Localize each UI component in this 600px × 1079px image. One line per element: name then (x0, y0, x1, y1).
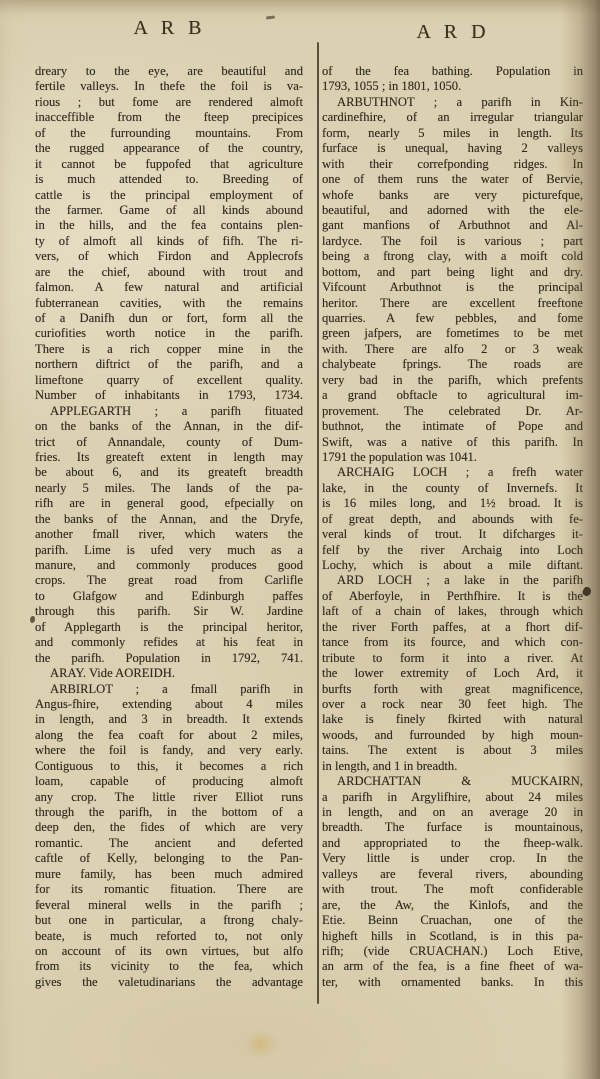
text-line: Number of inhabitants in 1793, 1734. (35, 388, 303, 403)
text-line: of the furrounding mountains. From (35, 126, 303, 141)
text-line: and appropriated to the fheep-walk. (322, 836, 583, 851)
column-divider-rule (317, 42, 319, 1004)
text-line: burfts forth with great magnificence, (322, 682, 583, 697)
paper-stain (244, 1030, 278, 1058)
text-line: with trout. The moft confiderable (322, 882, 583, 897)
text-line: trict of Annandale, county of Dum- (35, 435, 303, 450)
text-line: but one in particular, a ftrong chaly- (35, 913, 303, 928)
text-line: through this parifh. Sir W. Jardine (35, 604, 303, 619)
text-line: mure family, has been much admired (35, 867, 303, 882)
text-line: lake is finely fkirted with natural (322, 712, 583, 727)
text-line: another fmall river, which waters the (35, 527, 303, 542)
text-line: the river Forth paffes, at a fhort dif- (322, 620, 583, 635)
text-line: of the fea bathing. Population in (322, 64, 583, 79)
text-line: and commonly refides at his feat in (35, 635, 303, 650)
left-text-column: dreary to the eye, are beautiful andfert… (35, 64, 303, 990)
text-line: tains. The extent is about 3 miles (322, 743, 583, 758)
text-line: ARAY. Vide AOREIDH. (35, 666, 303, 681)
text-line: provement. The celebrated Dr. Ar- (322, 404, 583, 419)
text-line: are, the Aw, the Kinlofs, and the (322, 898, 583, 913)
text-line: any crop. The little river Elliot runs (35, 790, 303, 805)
text-line: green jafpers, are fometimes to be met (322, 326, 583, 341)
text-line: ARBIRLOT ; a fmall parifh in (35, 682, 303, 697)
text-line: limeftone quarry of excellent quality. (35, 373, 303, 388)
text-line: rifh; (vide CRUACHAN.) Loch Etive, (322, 944, 583, 959)
text-line: form, nearly 5 miles in length. Its (322, 126, 583, 141)
text-line: of a Danifh dun or fort, form all the (35, 311, 303, 326)
text-line: manure, and commonly produces good (35, 558, 303, 573)
text-line: tance from its fource, and which con- (322, 635, 583, 650)
text-line: buthnot, the intimate of Pope and (322, 419, 583, 434)
text-line: being a ftrong clay, with a moift cold (322, 249, 583, 264)
text-line: loam, capable of producing almoft (35, 774, 303, 789)
text-line: to Glafgow and Edinburgh paffes (35, 589, 303, 604)
text-line: falmon. A few natural and artificial (35, 280, 303, 295)
text-line: tribute to form it into a river. At (322, 651, 583, 666)
text-line: heritor. There are excellent freeftone (322, 296, 583, 311)
text-line: in length, and 3 in breadth. It extends (35, 712, 303, 727)
text-line: chalybeate fprings. The roads are (322, 357, 583, 372)
text-line: of Aberfoyle, in Perthfhire. It is the (322, 589, 583, 604)
text-line: laft of a chain of lakes, through which (322, 604, 583, 619)
text-line: APPLEGARTH ; a parifh fituated (35, 404, 303, 419)
text-line: ARD LOCH ; a lake in the parifh (322, 573, 583, 588)
text-line: feveral mineral wells in the parifh ; (35, 898, 303, 913)
text-line: are the chief, abound with trout and (35, 265, 303, 280)
text-line: very bad in the parifh, which prefents (322, 373, 583, 388)
text-line: the lower extremity of Loch Ard, it (322, 666, 583, 681)
text-line: on account of its own virtues, but alfo (35, 944, 303, 959)
text-line: Contiguous to this, it becomes a rich (35, 759, 303, 774)
text-line: 1793, 1055 ; in 1801, 1050. (322, 79, 583, 94)
text-line: is much attended to. Breeding of (35, 172, 303, 187)
text-line: the banks of the Annan, and the Dryfe, (35, 512, 303, 527)
running-head-left: A R B (35, 17, 303, 40)
text-line: rious ; but fome are rendered almoft (35, 95, 303, 110)
text-line: crops. The great road from Carlifle (35, 573, 303, 588)
text-line: quarries. A few pebbles, and fome (322, 311, 583, 326)
text-line: gives the valetudinarians the advantage (35, 975, 303, 990)
text-line: it cannot be fuppofed that agriculture (35, 157, 303, 172)
text-line: be about 6, and its greateft breadth (35, 465, 303, 480)
text-line: Swift, was a native of this parifh. In (322, 435, 583, 450)
running-head-right: A R D (322, 21, 583, 44)
text-line: where the foil is fandy, and very early. (35, 743, 303, 758)
text-line: cardinefhire, of an irregular triangular (322, 110, 583, 125)
text-line: deep den, the fides of which are very (35, 820, 303, 835)
text-line: There is a rich copper mine in the (35, 342, 303, 357)
text-line: lardyce. The foil is various ; part (322, 234, 583, 249)
text-line: Very little is under crop. In the (322, 851, 583, 866)
text-line: bottom, and part being light and dry. (322, 265, 583, 280)
text-line: of great depth, and abounds with fe- (322, 512, 583, 527)
text-line: 1791 the population was 1041. (322, 450, 583, 465)
text-line: the rugged appearance of the country, (35, 141, 303, 156)
text-line: with their correfponding ridges. In (322, 157, 583, 172)
text-line: Angus-fhire, extending about 4 miles (35, 697, 303, 712)
text-line: beautiful, and adorned with the ele- (322, 203, 583, 218)
paper-stain (555, 130, 581, 190)
text-line: fertile valleys. In thefe the foil is va… (35, 79, 303, 94)
text-line: along the fea coaft for about 2 miles, (35, 728, 303, 743)
text-line: breadth. The furface is mountainous, (322, 820, 583, 835)
text-line: parifh. Lime is ufed very much as a (35, 543, 303, 558)
text-line: ARCHAIG LOCH ; a frefh water (322, 465, 583, 480)
text-line: dreary to the eye, are beautiful and (35, 64, 303, 79)
text-line: over a rock near 30 feet high. The (322, 697, 583, 712)
text-line: through the parifh, in the bottom of a (35, 805, 303, 820)
book-page: A R B A R D dreary to the eye, are beaut… (0, 0, 600, 1079)
text-line: nearly 5 miles. The lands of the pa- (35, 481, 303, 496)
text-line: furface is unequal, having 2 valleys (322, 141, 583, 156)
text-line: a grand obftacle to agricultural im- (322, 388, 583, 403)
text-line: an arm of the fea, is a fine fheet of wa… (322, 959, 583, 974)
text-line: veral kinds of trout. It difcharges it- (322, 527, 583, 542)
text-line: fubterranean cavities, with the remains (35, 296, 303, 311)
text-line: fries. Its greateft extent in length may (35, 450, 303, 465)
text-line: cattle is the principal employment of (35, 188, 303, 203)
text-line: of Applegarth is the principal heritor, (35, 620, 303, 635)
ink-speck (581, 586, 592, 598)
text-line: in length, and 1 in breadth. (322, 759, 583, 774)
text-line: inacceffible from the fteep precipices (35, 110, 303, 125)
text-line: on the banks of the Annan, in the dif- (35, 419, 303, 434)
text-line: whofe banks are very picturefque, (322, 188, 583, 203)
text-line: ARBUTHNOT ; a parifh in Kin- (322, 95, 583, 110)
text-line: higheft hills in Scotland, is in this pa… (322, 929, 583, 944)
text-line: valleys are feveral rivers, abounding (322, 867, 583, 882)
text-line: curiofities worth notice in the parifh. (35, 326, 303, 341)
text-line: rifh are in general good, efpecially on (35, 496, 303, 511)
text-line: gant manfions of Arbuthnot and Al- (322, 218, 583, 233)
text-line: Lochy, which is about a mile diftant. (322, 558, 583, 573)
text-line: a parifh in Argylifhire, about 24 miles (322, 790, 583, 805)
text-line: ARDCHATTAN & MUCKAIRN, (322, 774, 583, 789)
text-line: Vifcount Arbuthnot is the principal (322, 280, 583, 295)
text-line: lake, in the county of Invernefs. It (322, 481, 583, 496)
text-line: felf by the river Archaig into Loch (322, 543, 583, 558)
text-line: is 16 miles long, and 1½ broad. It is (322, 496, 583, 511)
text-line: vers, of which Firdon and Applecrofs (35, 249, 303, 264)
text-line: ter, with ornamented banks. In this (322, 975, 583, 990)
text-line: Etie. Beinn Cruachan, one of the (322, 913, 583, 928)
text-line: caftle of Kelly, belonging to the Pan- (35, 851, 303, 866)
text-line: woods, and furrounded by high moun- (322, 728, 583, 743)
text-line: in the hills, and the fea contains plen- (35, 218, 303, 233)
text-line: one of them runs the water of Bervie, (322, 172, 583, 187)
text-line: beate, is much reforted to, not only (35, 929, 303, 944)
text-line: for its romantic fituation. There are (35, 882, 303, 897)
text-line: romantic. The ancient and deferted (35, 836, 303, 851)
text-line: the parifh. Population in 1792, 741. (35, 651, 303, 666)
text-line: northern diftrict of the parifh, and a (35, 357, 303, 372)
text-line: from its vicinity to the fea, which (35, 959, 303, 974)
text-line: the farmer. Game of all kinds abound (35, 203, 303, 218)
text-line: ty of almoft all kinds of fifh. The ri- (35, 234, 303, 249)
right-text-column: of the fea bathing. Population in1793, 1… (322, 64, 583, 990)
text-line: with. There are alfo 2 or 3 weak (322, 342, 583, 357)
text-line: in length, and on an average 20 in (322, 805, 583, 820)
